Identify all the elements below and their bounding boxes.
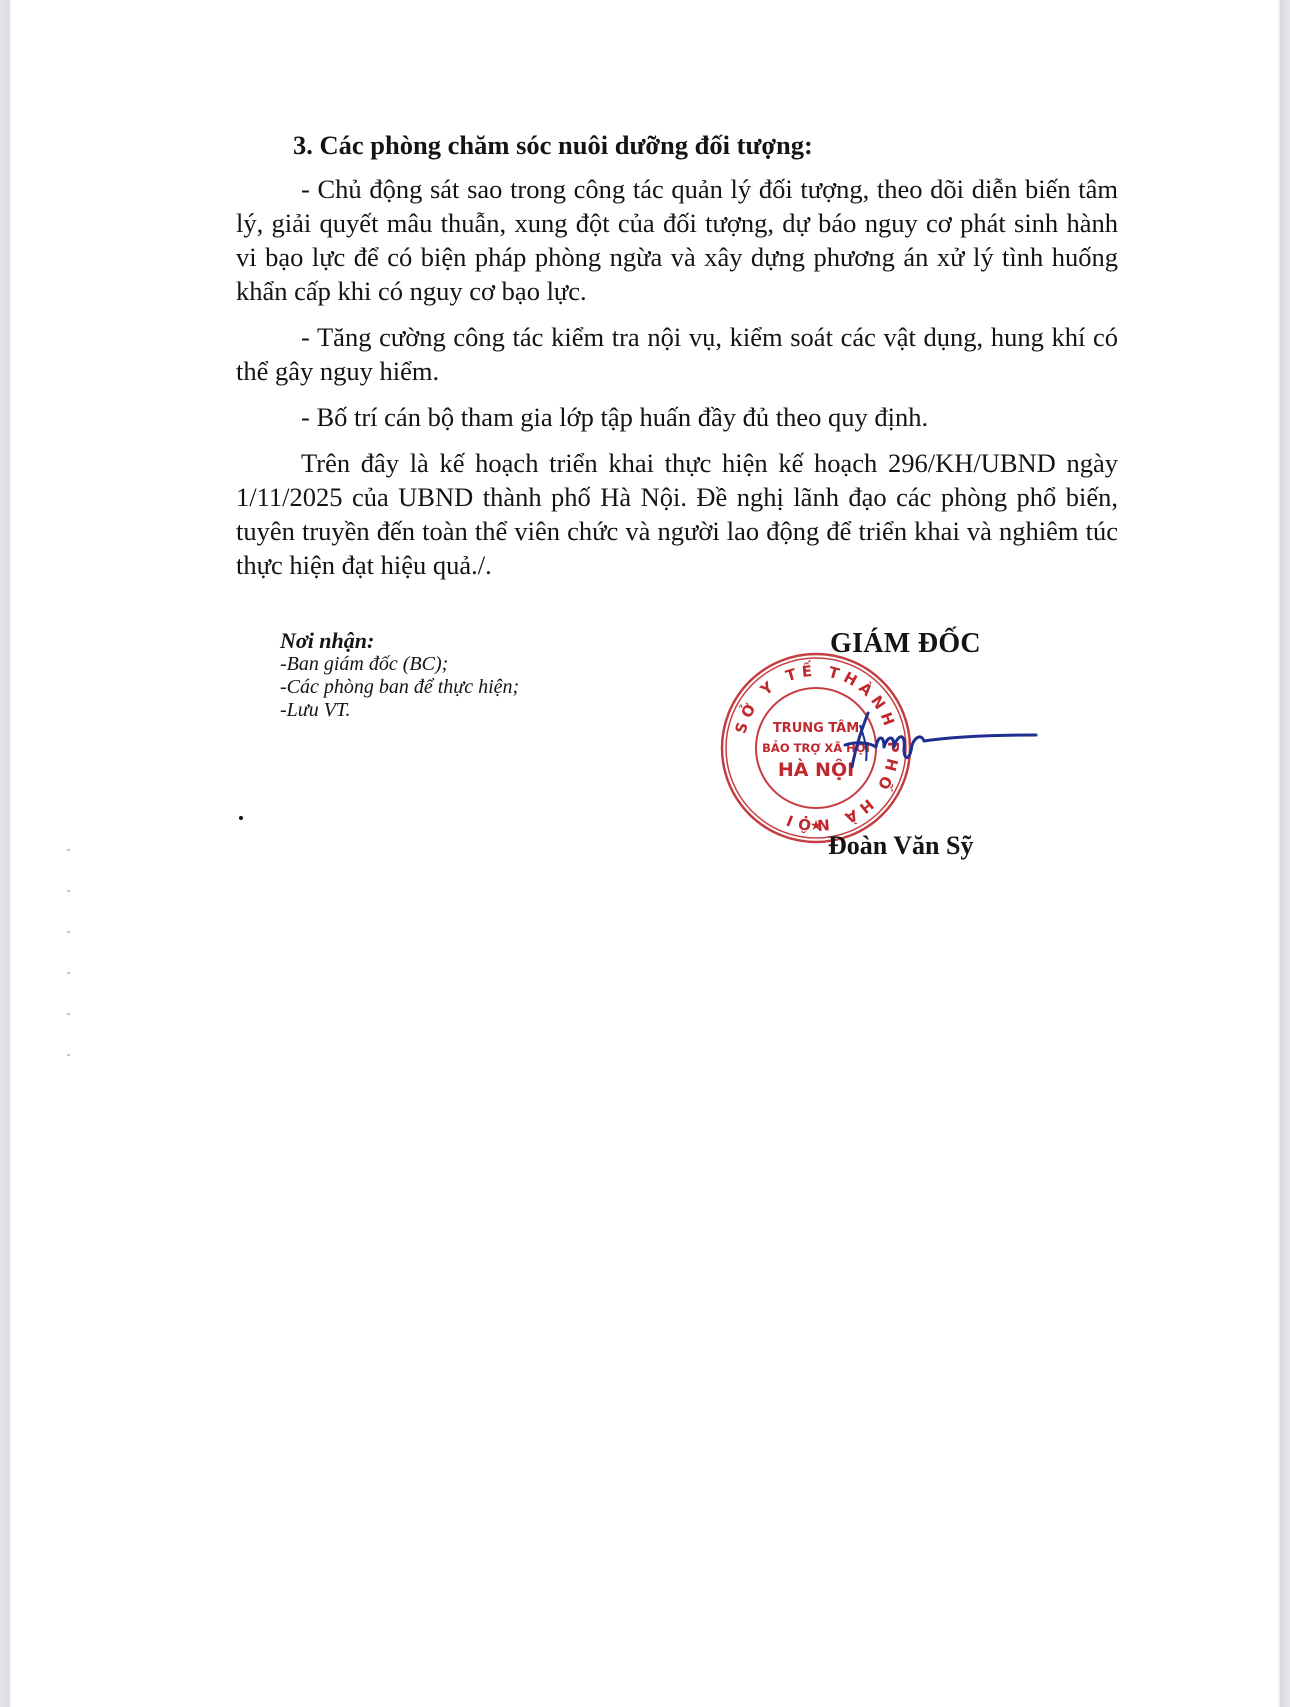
document-body: 3. Các phòng chăm sóc nuôi dưỡng đối tượ… <box>236 128 1118 594</box>
paragraph-inspection: - Tăng cường công tác kiểm tra nội vụ, k… <box>236 320 1118 388</box>
recipients-title: Nơi nhận: <box>280 628 519 653</box>
recipient-item: -Các phòng ban để thực hiện; <box>280 676 519 699</box>
faint-margin-mark <box>67 890 70 892</box>
paragraph-monitor-subjects: - Chủ động sát sao trong công tác quản l… <box>236 172 1118 308</box>
seal-star-icon: ★ <box>810 818 823 834</box>
section-heading: 3. Các phòng chăm sóc nuôi dưỡng đối tượ… <box>236 128 1118 162</box>
recipient-item: -Ban giám đốc (BC); <box>280 653 519 676</box>
faint-margin-mark <box>67 849 70 851</box>
paragraph-conclusion: Trên đây là kế hoạch triển khai thực hiệ… <box>236 446 1118 582</box>
stray-dot-mark <box>239 816 243 820</box>
scan-right-edge <box>1278 0 1290 1707</box>
recipient-item: -Lưu VT. <box>280 699 519 722</box>
faint-margin-mark <box>67 931 70 933</box>
paragraph-training: - Bố trí cán bộ tham gia lớp tập huấn đầ… <box>236 400 1118 434</box>
faint-margin-mark <box>67 1013 70 1015</box>
faint-margin-mark <box>67 972 70 974</box>
handwritten-signature-icon <box>840 705 1040 785</box>
recipients-block: Nơi nhận: -Ban giám đốc (BC); -Các phòng… <box>280 628 519 722</box>
faint-margin-mark <box>67 1054 70 1056</box>
signer-name: Đoàn Văn Sỹ <box>828 829 973 863</box>
scan-left-edge <box>0 0 11 1707</box>
